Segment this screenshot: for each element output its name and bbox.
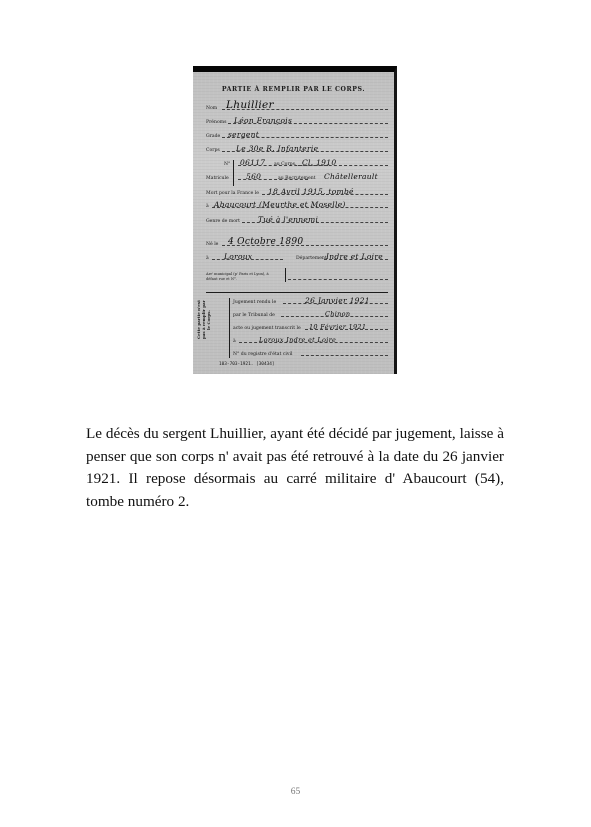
- field-extra-label: Département: [296, 256, 327, 261]
- page-number: 65: [0, 787, 591, 797]
- field-value: Abaucourt (Meurthe et Moselle): [214, 200, 346, 209]
- field-extra-value: Châtellerault: [324, 172, 378, 181]
- field-label: à: [206, 204, 209, 209]
- field-value: sergent: [228, 130, 259, 139]
- field-ne-le: Né le 4 Octobre 1890: [206, 236, 388, 248]
- field-value: 10 Février 1921: [309, 323, 366, 331]
- field-label: Arr' municipal (p' Paris et Lyon), à déf…: [206, 272, 280, 281]
- field-value: 560: [246, 172, 261, 181]
- body-paragraph: Le décès du sergent Lhuillier, ayant été…: [86, 423, 504, 513]
- field-label: N°: [224, 162, 230, 167]
- field-extra-value: Indre et Loire: [326, 252, 383, 261]
- field-label: à: [206, 256, 209, 261]
- field-prenoms: Prénoms Léon François: [206, 114, 388, 126]
- field-value: Lhuillier: [226, 99, 274, 111]
- death-record-scan: PARTIE À REMPLIR PAR LE CORPS. Nom Lhuil…: [193, 66, 397, 374]
- field-grade: Grade sergent: [206, 128, 388, 140]
- field-label: acte ou jugement transcrit le: [233, 326, 301, 331]
- field-mort-a: à Abaucourt (Meurthe et Moselle): [206, 198, 388, 210]
- field-label: Genre de mort: [206, 219, 240, 224]
- field-corps: Corps Le 30e R. Infanterie: [206, 142, 388, 154]
- field-jugement-rendu: Jugement rendu le 26 Janvier 1921: [233, 294, 388, 306]
- field-label: N° du registre d'état civil: [233, 352, 292, 357]
- side-note: Cette partie n'est pas à remplir par le …: [196, 300, 218, 340]
- field-value: Le 30e R. Infanterie: [236, 144, 318, 153]
- field-tribunal: par le Tribunal de Chinon: [233, 307, 388, 319]
- field-value: Chinon: [325, 310, 350, 318]
- field-transcrit-le: acte ou jugement transcrit le 10 Février…: [233, 320, 388, 332]
- field-label: Corps: [206, 148, 220, 153]
- field-numero: N° 06117 au Corps. Cl. 1910: [206, 156, 388, 168]
- field-label: Matricule: [206, 176, 229, 181]
- field-extra-label: au Corps.: [274, 162, 296, 167]
- field-extra-label: au Recrutement: [278, 176, 316, 181]
- field-label: Mort pour la France le: [206, 191, 259, 196]
- field-label: à: [233, 339, 236, 344]
- field-value: 06117: [240, 158, 265, 167]
- field-label: par le Tribunal de: [233, 313, 275, 318]
- field-value: Tué à l'ennemi: [258, 215, 318, 224]
- field-label: Jugement rendu le: [233, 300, 276, 305]
- field-value: Léon François: [234, 116, 292, 125]
- field-nom: Nom Lhuillier: [206, 100, 388, 112]
- document-page: PARTIE À REMPLIR PAR LE CORPS. Nom Lhuil…: [0, 0, 591, 827]
- field-value: 4 Octobre 1890: [228, 237, 303, 247]
- field-label: Nom: [206, 106, 217, 111]
- field-ne-a: à Loroux Département Indre et Loire: [206, 250, 388, 262]
- field-value: Loroux Indre et Loire: [259, 336, 336, 344]
- field-value: 18 Avril 1915, tombé: [268, 187, 354, 196]
- field-mort-le: Mort pour la France le 18 Avril 1915, to…: [206, 185, 388, 197]
- card-header: PARTIE À REMPLIR PAR LE CORPS.: [193, 86, 394, 93]
- field-value: Loroux: [224, 252, 252, 261]
- field-transcrit-a: à Loroux Indre et Loire: [233, 333, 388, 345]
- section-divider: [206, 292, 388, 293]
- field-arrondissement: Arr' municipal (p' Paris et Lyon), à déf…: [206, 266, 388, 282]
- field-label: Né le: [206, 242, 218, 247]
- field-registre: N° du registre d'état civil: [233, 346, 388, 358]
- print-code: 103-703-1921. [30434]: [219, 362, 275, 367]
- field-extra-value: Cl. 1910: [302, 158, 336, 167]
- field-label: Prénoms: [206, 120, 226, 125]
- field-label: Grade: [206, 134, 220, 139]
- field-value: 26 Janvier 1921: [305, 296, 370, 305]
- field-matricule: Matricule 560 au Recrutement Châtellerau…: [206, 170, 388, 182]
- field-genre-mort: Genre de mort Tué à l'ennemi: [206, 213, 388, 225]
